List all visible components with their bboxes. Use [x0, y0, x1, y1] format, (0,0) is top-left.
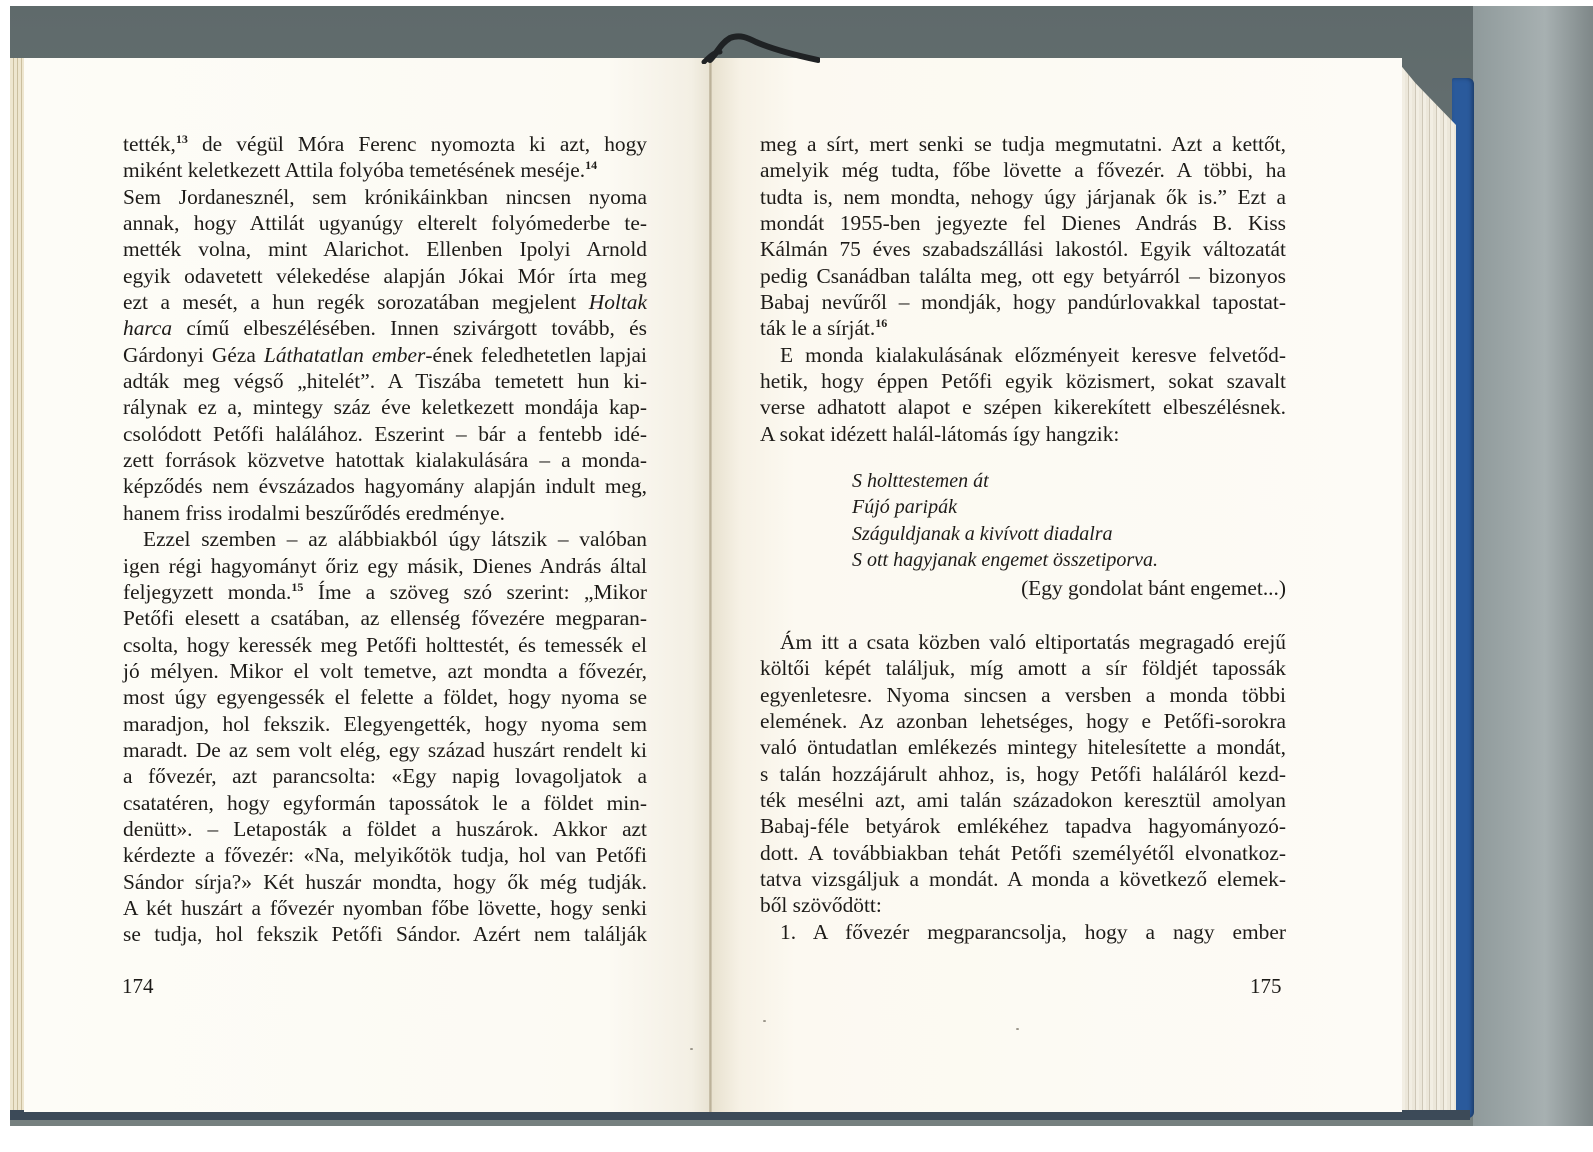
- text-line: ből szövődött:: [760, 892, 1286, 918]
- text-line: E monda kialakulásának előzményeit keres…: [760, 342, 1286, 368]
- text-line: verse adhatott alapot e szépen kikerekít…: [760, 394, 1286, 420]
- footnote-marker[interactable]: 14: [585, 158, 597, 172]
- page-number-left: 174: [122, 974, 154, 999]
- text-line: ták le a sírját.16: [760, 315, 1286, 341]
- text-line: amelyik még tudta, főbe lövette a fővezé…: [760, 157, 1286, 183]
- footnote-marker[interactable]: 13: [176, 132, 188, 146]
- text-line: költői képét találjuk, míg amott a sír f…: [760, 655, 1286, 681]
- text-line: csolódott Petőfi halálához. Eszerint – b…: [123, 421, 647, 447]
- text-line: hetik, hogy éppen Petőfi egyik közismert…: [760, 368, 1286, 394]
- text-line: feljegyzett monda.15 Íme a szöveg szó sz…: [123, 579, 647, 605]
- poem-source: (Egy gondolat bánt engemet...): [992, 576, 1286, 601]
- text-line: dott. A továbbiakban tehát Petőfi személ…: [760, 840, 1286, 866]
- text-line: Babaj-féle betyárok emlékéhez tapadva ha…: [760, 813, 1286, 839]
- text-line: képződés nem évszázados hagyomány alapjá…: [123, 473, 647, 499]
- poem-line: Fújó paripák: [852, 494, 1292, 520]
- text-line: pedig Csanádban találta meg, ott egy bet…: [760, 263, 1286, 289]
- text-line: mették volna, mint Alarichot. Ellenben I…: [123, 236, 647, 262]
- right-page-body-bottom: Ám itt a csata közben való eltiportatás …: [760, 629, 1286, 945]
- text-line: maradjon, hol fekszik. Elegyengették, ho…: [123, 711, 647, 737]
- text-line: csatatéren, hogy egyformán tapossátok le…: [123, 790, 647, 816]
- book-gutter: [709, 58, 712, 1112]
- text-line: A két huszárt a fővezér nyomban főbe löv…: [123, 895, 647, 921]
- text-line: jó mélyen. Mikor el volt temetve, azt mo…: [123, 658, 647, 684]
- text-line: Sándor sírja?» Két huszár mondta, hogy ő…: [123, 869, 647, 895]
- text-line: harca című elbeszélésében. Innen szivárg…: [123, 315, 647, 341]
- text-line: ezt a mesét, a hun regék sorozatában meg…: [123, 289, 647, 315]
- text-line: miként keletkezett Attila folyóba temeté…: [123, 157, 647, 183]
- italic-title: Láthatatlan ember: [264, 343, 425, 367]
- poem-line: S holttestemen át: [852, 468, 1292, 494]
- text-line: denütt». – Letaposták a földet a huszáro…: [123, 816, 647, 842]
- text-line: maradt. De az sem volt elég, egy század …: [123, 737, 647, 763]
- scanner-background-edge: [1473, 6, 1593, 1126]
- bookmark-ribbon-icon: [690, 30, 820, 64]
- footnote-marker[interactable]: 15: [291, 580, 303, 594]
- text-line: tették,13 de végül Móra Ferenc nyomozta …: [123, 131, 647, 157]
- text-line: igen régi hagyományt őriz egy másik, Die…: [123, 553, 647, 579]
- italic-title: harca: [123, 316, 172, 340]
- text-line: csolta, hogy keressék meg Petőfi holttes…: [123, 632, 647, 658]
- poem-line: Száguldjanak a kivívott diadalra: [852, 521, 1292, 547]
- text-line: egyik odavetett vélekedése alapján Jókai…: [123, 263, 647, 289]
- poem-line: S ott hagyjanak engemet összetiporva.: [852, 547, 1292, 573]
- text-line: Gárdonyi Géza Láthatatlan ember-ének fel…: [123, 342, 647, 368]
- paper-speck: [763, 1020, 766, 1022]
- text-line: tatva vizsgáljuk a mondát. A monda a köv…: [760, 866, 1286, 892]
- text-line: tudta is, nem mondta, nehogy úgy járjana…: [760, 184, 1286, 210]
- text-line: Babaj nevűről – mondják, hogy pandúrlova…: [760, 289, 1286, 315]
- paper-speck: [1016, 1028, 1019, 1030]
- text-line: a fővezér, azt parancsolta: «Egy napig l…: [123, 763, 647, 789]
- poem-quote: S holttestemen át Fújó paripák Száguldja…: [852, 468, 1292, 573]
- text-line: s talán hozzájárult ahhoz, is, hogy Pető…: [760, 761, 1286, 787]
- italic-title: Holtak: [589, 290, 647, 314]
- text-line: 1. A fővezér megparancsolja, hogy a nagy…: [760, 919, 1286, 945]
- text-line: rálynak ez a, mintegy száz éve keletkeze…: [123, 394, 647, 420]
- text-line: most úgy egyengessék el felette a földet…: [123, 684, 647, 710]
- text-line: ték mesélni azt, ami talán századokon ke…: [760, 787, 1286, 813]
- text-line: való öntudatlan emlékezés mintegy hitele…: [760, 734, 1286, 760]
- text-line: elemének. Az azonban lehetséges, hogy e …: [760, 708, 1286, 734]
- text-line: annak, hogy Attilát ugyanúgy elterelt fo…: [123, 210, 647, 236]
- text-line: mondát 1955-ben jegyezte fel Dienes Andr…: [760, 210, 1286, 236]
- text-line: adták meg végső „hitelét”. A Tiszába tem…: [123, 368, 647, 394]
- right-page-body-top: meg a sírt, mert senki se tudja megmutat…: [760, 131, 1286, 447]
- text-line: Petőfi elesett a csatában, az ellenség f…: [123, 605, 647, 631]
- paper-speck: [690, 1048, 693, 1050]
- text-line: Ezzel szemben – az alábbiakból úgy látsz…: [123, 526, 647, 552]
- text-line: zett források közvetve hatottak kialakul…: [123, 447, 647, 473]
- text-line: Kálmán 75 éves szabadszállási lakostól. …: [760, 236, 1286, 262]
- text-line: A sokat idézett halál-látomás így hangzi…: [760, 421, 1286, 447]
- text-line: egyenletesre. Nyoma sincsen a versben a …: [760, 682, 1286, 708]
- text-line: hanem friss irodalmi beszűrődés eredmény…: [123, 500, 647, 526]
- page-number-right: 175: [1250, 974, 1282, 999]
- left-page-body: tették,13 de végül Móra Ferenc nyomozta …: [123, 131, 647, 948]
- page-stack-right: [1398, 62, 1456, 1112]
- text-line: se tudja, hol fekszik Petőfi Sándor. Azé…: [123, 921, 647, 947]
- footnote-marker[interactable]: 16: [875, 316, 887, 330]
- text-line: Sem Jordanesznél, sem krónikáinkban ninc…: [123, 184, 647, 210]
- text-line: kérdezte a fővezér: «Na, melyikőtök tudj…: [123, 842, 647, 868]
- text-line: Ám itt a csata közben való eltiportatás …: [760, 629, 1286, 655]
- text-line: meg a sírt, mert senki se tudja megmutat…: [760, 131, 1286, 157]
